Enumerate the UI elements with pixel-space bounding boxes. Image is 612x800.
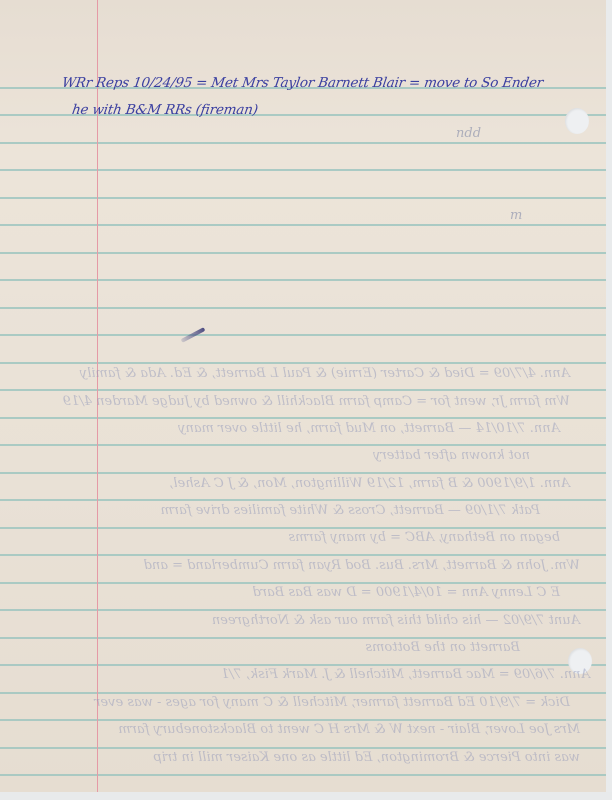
bleed-through-line: Ann. 7/6/09 = Mac Barnett, Mitchell & J.…: [20, 667, 590, 682]
rule-line: [0, 444, 606, 446]
rule-line: [0, 747, 606, 749]
rule-line: [0, 472, 606, 474]
rule-line: [0, 692, 606, 694]
bleed-through-line: Ann. 7/10/14 — Barnett, on Mud farm, he …: [50, 421, 560, 436]
rule-line: [0, 224, 606, 226]
rule-line: [0, 609, 606, 611]
rule-line: [0, 334, 606, 336]
rule-line: [0, 637, 606, 639]
handwritten-note-line-1: WRr Reps 10/24/95 = Met Mrs Taylor Barne…: [61, 75, 544, 91]
rule-line: [0, 142, 606, 144]
rule-line: [0, 417, 606, 419]
rule-line: [0, 169, 606, 171]
handwritten-note-line-2: he with B&M RRs (fireman): [71, 102, 259, 118]
rule-line: [0, 554, 606, 556]
bleed-through-line: Wm farm Jr, went for = Camp farm Blackhi…: [40, 394, 570, 409]
pencil-margin-mark: ndd: [456, 126, 481, 141]
bleed-through-line: Ann. 1/9/1900 & B farm, 12/19 Willington…: [60, 476, 570, 491]
bleed-through-line: Patk 7/1/09 — Barnett, Cross & White fam…: [30, 503, 540, 518]
bleed-through-line: Barnett on the Bottoms: [320, 640, 520, 655]
rule-line: [0, 527, 606, 529]
rule-line: [0, 197, 606, 199]
bleed-through-line: Ann. 4/7/09 = Died & Carter (Ernie) & Pa…: [30, 366, 570, 381]
rule-line: [0, 362, 606, 364]
rule-line: [0, 389, 606, 391]
rule-line: [0, 719, 606, 721]
rule-line: [0, 664, 606, 666]
rule-line: [0, 307, 606, 309]
scan-background-right: [606, 0, 612, 800]
pencil-margin-mark: m: [510, 208, 522, 223]
bleed-through-line: began on Bethany, ABC = by many farms: [180, 530, 560, 545]
rule-line: [0, 582, 606, 584]
bleed-through-line: E C Lenny Ann = 10/4/1900 = D was Bas Ba…: [180, 585, 560, 600]
punch-hole: [565, 108, 589, 134]
bleed-through-line: Aunt 7/9/02 — his child this farm our as…: [40, 613, 580, 628]
scan-background-bottom: [0, 792, 612, 800]
rule-line: [0, 499, 606, 501]
notebook-page: WRr Reps 10/24/95 = Met Mrs Taylor Barne…: [0, 0, 606, 792]
bleed-through-line: not known after battery: [300, 448, 530, 463]
rule-line: [0, 774, 606, 776]
bleed-through-line: Mrs Joe Lover, Blair - next W & Mrs H C …: [20, 722, 580, 737]
bleed-through-line: Dick = 7/9/10 Ed Barnett farmer, Mitchel…: [50, 695, 570, 710]
rule-line: [0, 279, 606, 281]
rule-line: [0, 252, 606, 254]
bleed-through-line: was into Pierce & Bromington, Ed little …: [60, 750, 580, 765]
bleed-through-line: Wm. John & Barnett, Mrs. Bus. Bod Ryan f…: [60, 558, 580, 573]
